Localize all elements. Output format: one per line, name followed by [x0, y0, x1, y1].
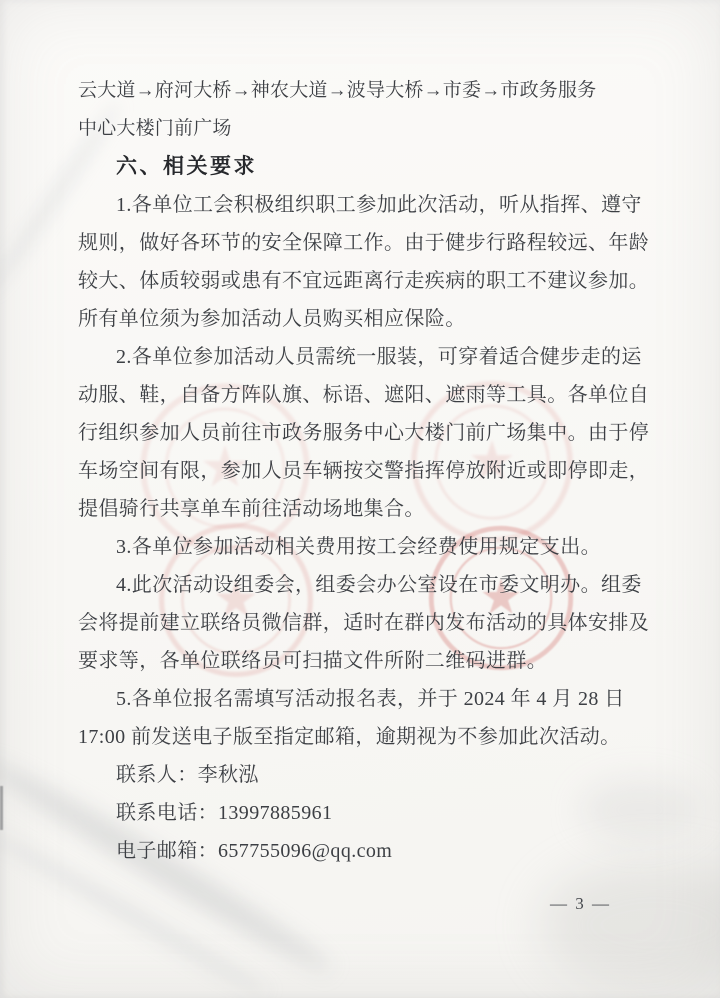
paragraph-1-line-1: 1.各单位工会积极组织职工参加此次活动，听从指挥、遵守 [78, 186, 638, 224]
paragraph-4-line-1: 4.此次活动设组委会，组委会办公室设在市委文明办。组委 [78, 566, 638, 604]
paragraph-2-line-3: 行组织参加人员前往市政务服务中心大楼门前广场集中。由于停 [78, 414, 638, 452]
paragraph-1-line-4: 所有单位须为参加活动人员购买相应保险。 [78, 300, 638, 338]
paragraph-5-line-1: 5.各单位报名需填写活动报名表，并于 2024 年 4 月 28 日 [78, 680, 638, 718]
page-number: — 3 — [550, 894, 611, 914]
route-line-2: 中心大楼门前广场 [78, 110, 638, 148]
contact-email: 电子邮箱：657755096@qq.com [78, 832, 638, 870]
section-heading: 六、相关要求 [78, 148, 638, 186]
paragraph-1-line-3: 较大、体质较弱或患有不宜远距离行走疾病的职工不建议参加。 [78, 262, 638, 300]
paragraph-4-line-2: 会将提前建立联络员微信群，适时在群内发布活动的具体安排及 [78, 604, 638, 642]
contact-person: 联系人：李秋泓 [78, 756, 638, 794]
paragraph-2-line-1: 2.各单位参加活动人员需统一服装，可穿着适合健步走的运 [78, 338, 638, 376]
scan-smudge [540, 860, 720, 990]
document-body: 云大道→府河大桥→神农大道→波导大桥→市委→市政务服务 中心大楼门前广场 六、相… [78, 72, 638, 870]
paragraph-2-line-5: 提倡骑行共享单车前往活动场地集合。 [78, 490, 638, 528]
paragraph-5-line-2: 17:00 前发送电子版至指定邮箱，逾期视为不参加此次活动。 [78, 718, 638, 756]
scan-edge-artifact [0, 786, 3, 830]
paragraph-1-line-2: 规则，做好各环节的安全保障工作。由于健步行路程较远、年龄 [78, 224, 638, 262]
scanned-document-page: 云大道→府河大桥→神农大道→波导大桥→市委→市政务服务 中心大楼门前广场 六、相… [0, 0, 720, 998]
route-line-1: 云大道→府河大桥→神农大道→波导大桥→市委→市政务服务 [78, 72, 638, 110]
paragraph-2-line-4: 车场空间有限，参加人员车辆按交警指挥停放附近或即停即走， [78, 452, 638, 490]
paragraph-2-line-2: 动服、鞋，自备方阵队旗、标语、遮阳、遮雨等工具。各单位自 [78, 376, 638, 414]
paragraph-4-line-3: 要求等，各单位联络员可扫描文件所附二维码进群。 [78, 642, 638, 680]
paragraph-3-line-1: 3.各单位参加活动相关费用按工会经费使用规定支出。 [78, 528, 638, 566]
contact-phone: 联系电话：13997885961 [78, 794, 638, 832]
